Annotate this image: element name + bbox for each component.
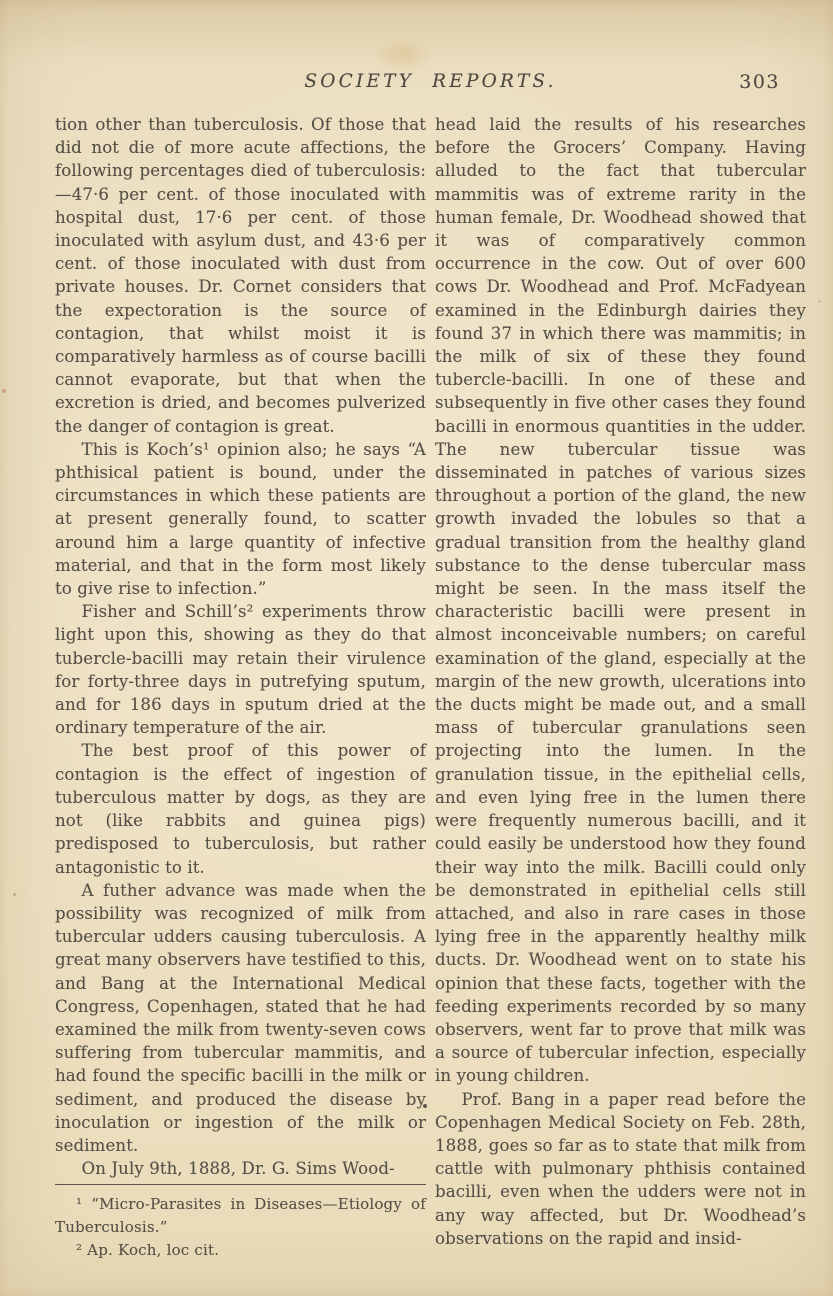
ink-speck xyxy=(13,893,16,896)
footnote: ¹ “Micro-Parasites in Diseases—Etiology … xyxy=(55,1193,426,1239)
paragraph: Fisher and Schill’s² experiments throw l… xyxy=(55,600,426,739)
right-column: head laid the results of his researches … xyxy=(435,113,806,1250)
footnotes-block: ¹ “Micro-Parasites in Diseases—Etiology … xyxy=(55,1184,426,1262)
paper-stain xyxy=(372,38,432,72)
ink-speck xyxy=(489,171,491,173)
left-column: tion other than tuberculosis. Of those t… xyxy=(55,113,426,1262)
ink-speck xyxy=(423,1104,427,1108)
left-column-text: tion other than tuberculosis. Of those t… xyxy=(55,113,426,1180)
paragraph: This is Koch’s¹ opinion also; he says “A… xyxy=(55,438,426,600)
ink-speck xyxy=(2,389,6,393)
text-columns: tion other than tuberculosis. Of those t… xyxy=(55,113,806,1262)
paragraph: A futher advance was made when the possi… xyxy=(55,879,426,1157)
paragraph: The best proof of this power of contagio… xyxy=(55,739,426,878)
paragraph: tion other than tuberculosis. Of those t… xyxy=(55,113,426,438)
paragraph: Prof. Bang in a paper read before the Co… xyxy=(435,1088,806,1250)
ink-speck xyxy=(818,300,821,303)
paragraph: head laid the results of his researches … xyxy=(435,113,806,1088)
scanned-journal-page: SOCIETY REPORTS. 303 tion other than tub… xyxy=(0,0,833,1296)
running-header-title: SOCIETY REPORTS. xyxy=(55,71,806,92)
right-column-text: head laid the results of his researches … xyxy=(435,113,806,1250)
page-number: 303 xyxy=(739,71,780,93)
paragraph: On July 9th, 1888, Dr. G. Sims Wood- xyxy=(55,1157,426,1180)
running-header: SOCIETY REPORTS. 303 xyxy=(55,71,806,97)
footnote: ² Ap. Koch, loc cit. xyxy=(55,1239,426,1262)
